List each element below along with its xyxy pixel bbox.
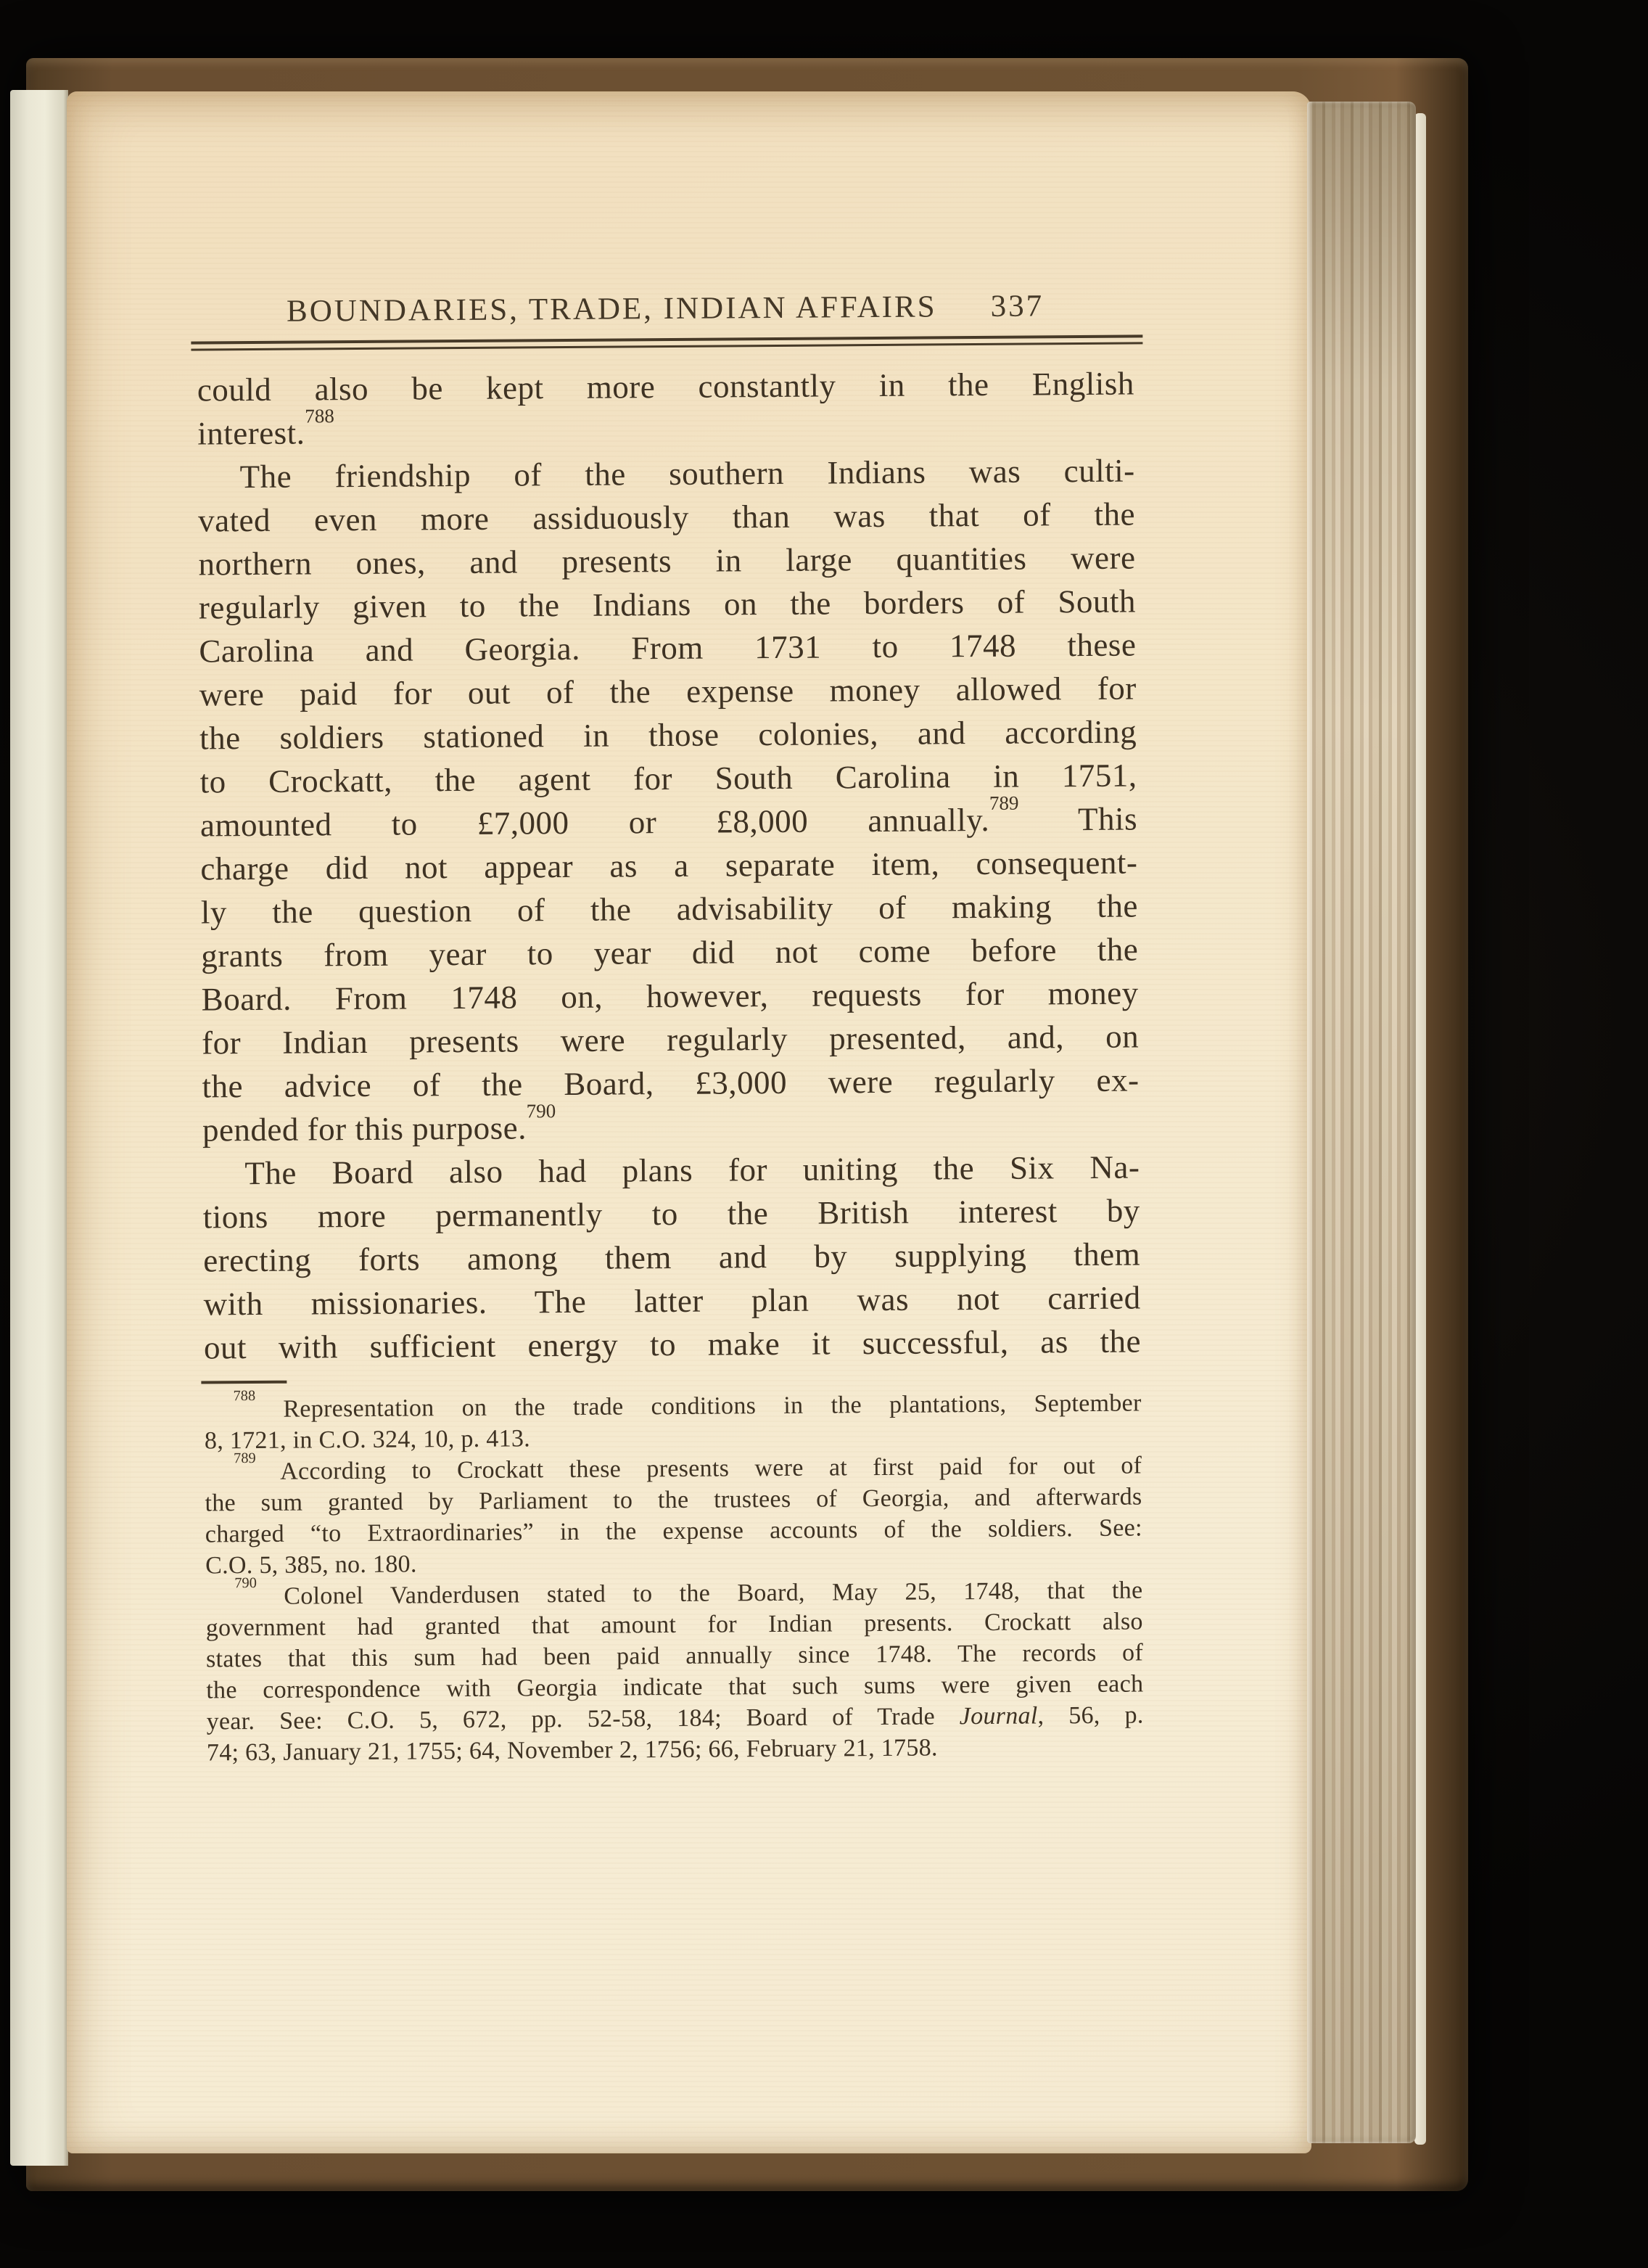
text-line: tions more permanently to the British in…	[203, 1188, 1140, 1238]
text-line: the soldiers stationed in those colonies…	[199, 710, 1137, 760]
text-line: year. See: C.O. 5, 672, pp. 52-58, 184; …	[207, 1699, 1144, 1737]
footnote-reference: 788	[305, 405, 334, 427]
paragraph: could also be kept more constantly in th…	[197, 362, 1135, 456]
text-line: the advice of the Board, £3,000 were reg…	[202, 1058, 1139, 1108]
footnote-reference: 790	[234, 1575, 257, 1591]
text-line: erecting forts among them and by supplyi…	[203, 1232, 1140, 1282]
text-line: for Indian presents were regularly prese…	[202, 1014, 1139, 1064]
text-line: Carolina and Georgia. From 1731 to 1748 …	[199, 623, 1136, 673]
text-line: The friendship of the southern Indians w…	[197, 449, 1134, 499]
footnote: 789 According to Crockatt these presents…	[205, 1450, 1142, 1581]
right-flyleaf-edge	[1414, 113, 1426, 2145]
footnote: 788 Representation on the trade conditio…	[205, 1387, 1142, 1456]
book-photo: BOUNDARIES, TRADE, INDIAN AFFAIRS 337 co…	[0, 0, 1648, 2268]
left-leaf-edges	[10, 90, 68, 2166]
header-rule	[191, 334, 1142, 350]
paragraph: The friendship of the southern Indians w…	[197, 449, 1140, 1152]
text-line: northern ones, and presents in large qua…	[198, 536, 1135, 586]
deckled-fore-edge	[1307, 102, 1416, 2143]
footnote-reference: 788	[233, 1388, 255, 1404]
text-line: charged “to Extraordinaries” in the expe…	[205, 1512, 1142, 1550]
page-number: 337	[990, 289, 1044, 324]
text-line: 74; 63, January 21, 1755; 64, November 2…	[207, 1730, 1144, 1768]
text-line: out with sufficient energy to make it su…	[204, 1319, 1141, 1369]
footnote: 790 Colonel Vanderdusen stated to the Bo…	[205, 1574, 1144, 1768]
text-line: regularly given to the Indians on the bo…	[199, 580, 1136, 630]
text-line: interest.788	[197, 406, 1134, 456]
printed-content: BOUNDARIES, TRADE, INDIAN AFFAIRS 337 co…	[197, 289, 1144, 1769]
text-line: pended for this purpose.790	[202, 1101, 1140, 1151]
running-head: BOUNDARIES, TRADE, INDIAN AFFAIRS 337	[197, 289, 1134, 330]
text-line: grants from year to year did not come be…	[201, 927, 1138, 977]
text-line: 788 Representation on the trade conditio…	[205, 1387, 1142, 1425]
footnote-reference: 789	[989, 792, 1019, 813]
text-line: with missionaries. The latter plan was n…	[203, 1275, 1140, 1326]
text-line: ly the question of the advisability of m…	[201, 884, 1138, 934]
bottom-page-edge	[73, 2145, 1314, 2158]
running-head-title: BOUNDARIES, TRADE, INDIAN AFFAIRS	[287, 289, 937, 329]
paragraph: The Board also had plans for uniting the…	[202, 1145, 1141, 1369]
footnote-reference: 789	[234, 1450, 256, 1466]
text-line: charge did not appear as a separate item…	[200, 840, 1137, 890]
footnote-rule	[201, 1381, 287, 1384]
text-line: Board. From 1748 on, however, requests f…	[201, 971, 1138, 1021]
text-line: vated even more assiduously than was tha…	[198, 493, 1135, 543]
footnotes: 788 Representation on the trade conditio…	[205, 1387, 1145, 1768]
text-line: amounted to £7,000 or £8,000 annually.78…	[200, 797, 1137, 847]
text-line: could also be kept more constantly in th…	[197, 362, 1134, 412]
footnote-reference: 790	[527, 1100, 556, 1122]
body-text: could also be kept more constantly in th…	[197, 362, 1142, 1370]
text-line: were paid for out of the expense money a…	[199, 667, 1137, 717]
text-line: The Board also had plans for uniting the…	[202, 1145, 1140, 1195]
